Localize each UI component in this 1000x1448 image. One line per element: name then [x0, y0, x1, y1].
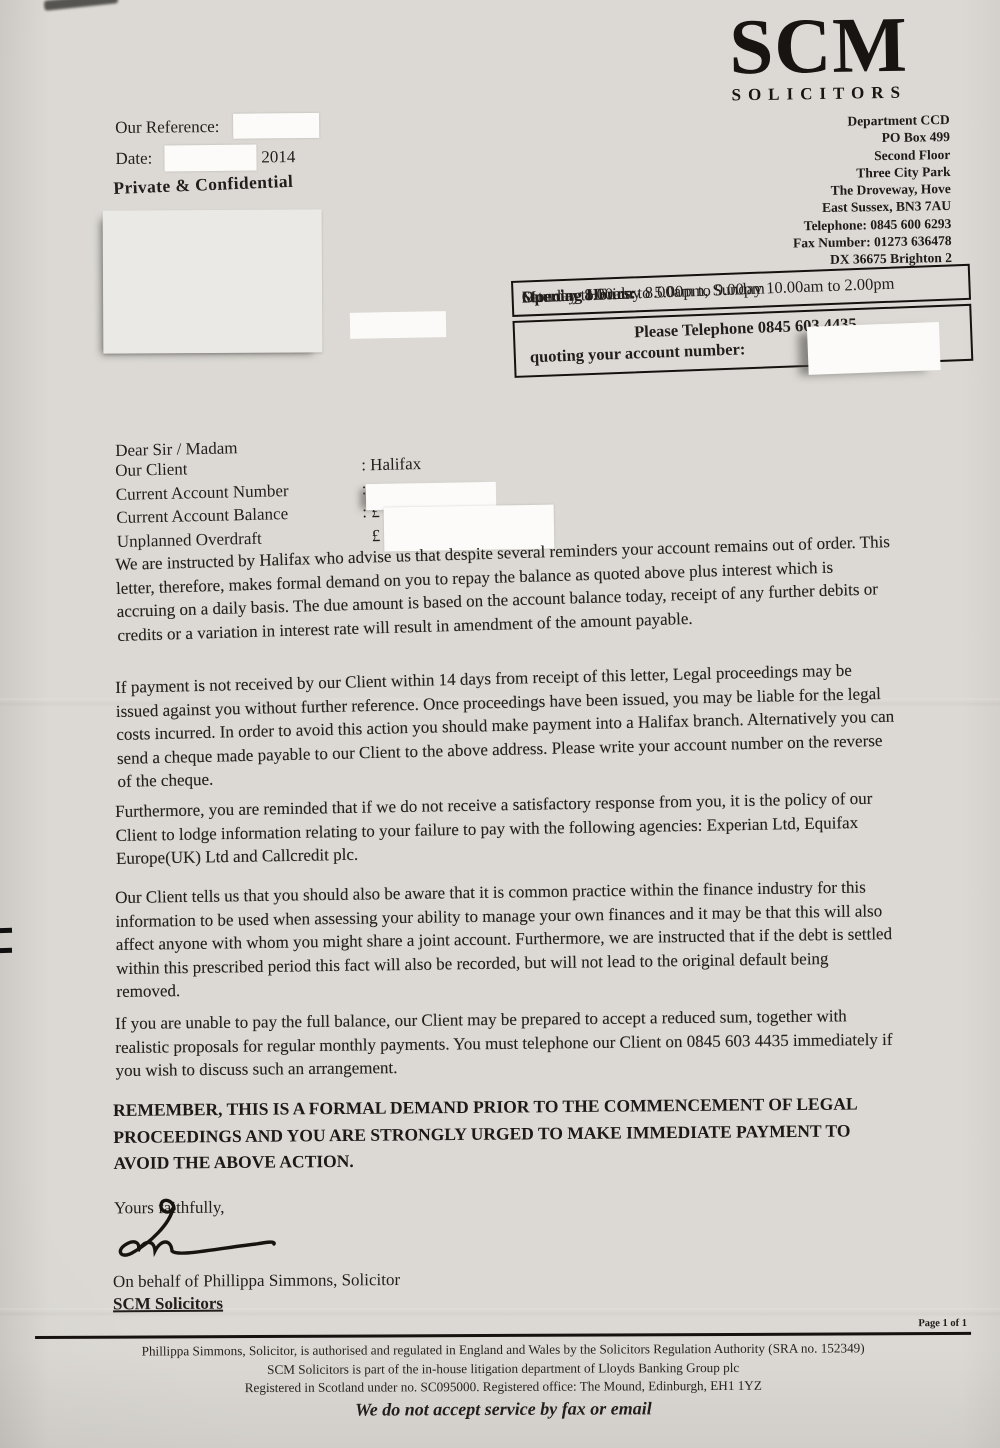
reference-block: Our Reference: Date: 2014 — [115, 108, 496, 174]
account-number-redaction — [807, 321, 941, 374]
body-paragraph-4: Our Client tells us that you should also… — [115, 875, 897, 1004]
date-year: 2014 — [261, 147, 295, 167]
notice-boxes: Opening Hours: Monday to Friday 8.00am t… — [511, 264, 973, 378]
our-reference-row: Our Reference: — [115, 108, 495, 143]
our-reference-label: Our Reference: — [115, 116, 220, 137]
regulatory-line: Registered in Scotland under no. SC09500… — [35, 1376, 971, 1399]
no-service-notice: We do not accept service by fax or email — [35, 1397, 971, 1422]
body-paragraph-3: Furthermore, you are reminded that if we… — [115, 786, 896, 870]
body-paragraph-2: If payment is not received by our Client… — [115, 658, 898, 794]
letterhead: SCM SOLICITORS Department CCD PO Box 499… — [688, 10, 952, 271]
scanned-letter-page: SCM SOLICITORS Department CCD PO Box 499… — [0, 0, 1000, 1448]
firm-name: SCM Solicitors — [113, 1294, 223, 1315]
scan-edge-smudge — [44, 0, 119, 11]
small-redaction — [350, 311, 446, 339]
private-confidential-label: Private & Confidential — [113, 171, 294, 199]
date-redaction — [164, 144, 256, 171]
telephone-box: Please Telephone 0845 603 4435 quoting y… — [512, 303, 973, 377]
addressee-redaction-label — [103, 209, 323, 353]
opening-hours-weekday: Monday to Friday 8.00am to 9.00pm — [521, 277, 765, 308]
signature-scrawl — [108, 1196, 358, 1268]
date-row: Date: 2014 — [115, 139, 495, 174]
on-behalf-line: On behalf of Phillippa Simmons, Solicito… — [113, 1270, 400, 1292]
edge-mark-2 — [0, 948, 12, 953]
body-paragraph-5: If you are unable to pay the full balanc… — [115, 1004, 896, 1083]
edge-mark-1 — [0, 928, 12, 933]
page-indicator: Page 1 of 1 — [35, 1318, 971, 1333]
footer: Page 1 of 1 Phillippa Simmons, Solicitor… — [35, 1318, 971, 1422]
date-label: Date: — [115, 148, 152, 168]
firm-logo: SCM — [688, 10, 949, 84]
formal-demand-notice: REMEMBER, THIS IS A FORMAL DEMAND PRIOR … — [113, 1090, 906, 1176]
footer-rule — [35, 1332, 971, 1339]
reference-redaction — [233, 113, 319, 139]
regulatory-text: Phillippa Simmons, Solicitor, is authori… — [35, 1339, 971, 1399]
firm-address-block: Department CCD PO Box 499 Second Floor T… — [690, 111, 952, 271]
firm-logo-subtitle: SOLICITORS — [689, 82, 949, 106]
